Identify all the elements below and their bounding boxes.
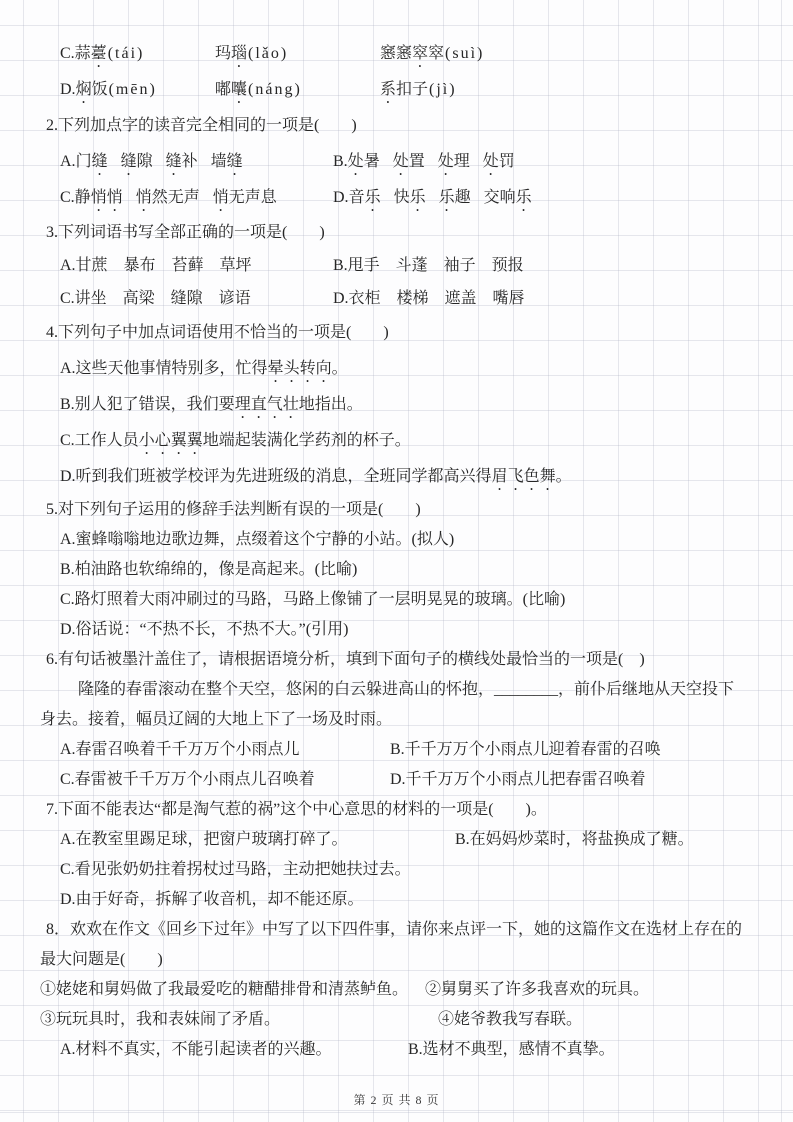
question-6-stem: 6.有句话被墨汁盖住了，请根据语境分析，填到下面句子的横线处最恰当的一项是( ) — [40, 645, 755, 675]
question-7-option-a: A.在教室里踢足球，把窗户玻璃打碎了。 — [60, 825, 348, 855]
question-2-options-ab: A.门缝缝隙缝补墙缝 B.处暑处置处理处罚 — [40, 144, 755, 180]
question-8-option-b: B.选材不典型，感情不真挚。 — [408, 1035, 615, 1065]
question-4-option-a: A.这些天他事情特别多，忙得晕头转向。 — [60, 351, 755, 387]
question-8-item-2: ②舅舅买了许多我喜欢的玩具。 — [425, 975, 649, 1005]
question-1-option-c: C.蒜薹(tái) 玛瑙(lǎo) 窸窸窣窣(suì) — [40, 36, 755, 72]
question-6-option-b: B.千千万万个小雨点儿迎着春雷的召唤 — [390, 735, 661, 765]
question-6-option-a: A.春雷召唤着千千万万个小雨点儿 — [60, 735, 300, 765]
question-4-option-c: C.工作人员小心翼翼地端起装满化学药剂的杯子。 — [60, 423, 755, 459]
question-8-items-34: ③玩玩具时，我和表妹闹了矛盾。 ④姥爷教我写春联。 — [40, 1005, 755, 1035]
question-1-option-d: D.焖饭(mēn) 嘟囔(náng) 系扣子(jì) — [40, 72, 755, 108]
question-6-passage-line-1: 隆隆的春雷滚动在整个天空，悠闲的白云躲进高山的怀抱，________，前仆后继地… — [40, 675, 755, 705]
question-4-stem: 4.下列句子中加点词语使用不恰当的一项是( ) — [40, 315, 755, 351]
question-7-options-ab: A.在教室里踢足球，把窗户玻璃打碎了。 B.在妈妈炒菜时，将盐换成了糖。 — [40, 825, 755, 855]
question-5-option-d: D.俗话说：“不热不长，不热不大。”(引用) — [60, 615, 755, 645]
q1-c-word-3: 窸窸窣窣(suì) — [380, 36, 484, 72]
question-2-option-a: A.门缝缝隙缝补墙缝 — [60, 144, 256, 180]
question-4-option-d: D.听到我们班被学校评为先进班级的消息，全班同学都高兴得眉飞色舞。 — [60, 459, 755, 495]
q1-c-word-2: 玛瑙(lǎo) — [215, 36, 288, 72]
question-5-option-b: B.柏油路也软绵绵的，像是高起来。(比喻) — [60, 555, 755, 585]
question-5-option-a: A.蜜蜂嗡嗡地边歌边舞，点缀着这个宁静的小站。(拟人) — [60, 525, 755, 555]
question-8-stem: 8．欢欢在作文《回乡下过年》中写了以下四件事，请你来点评一下，她的这篇作文在选材… — [40, 915, 755, 975]
question-3-option-d: D.衣柜 楼梯 遮盖 嘴唇 — [333, 282, 525, 315]
question-2-option-b: B.处暑处置处理处罚 — [333, 144, 528, 180]
question-8-item-3: ③玩玩具时，我和表妹闹了矛盾。 — [40, 1005, 280, 1035]
question-5-stem: 5.对下列句子运用的修辞手法判断有误的一项是( ) — [40, 495, 755, 525]
question-7-option-c: C.看见张奶奶拄着拐杖过马路，主动把她扶过去。 — [60, 855, 755, 885]
question-6-options-ab: A.春雷召唤着千千万万个小雨点儿 B.千千万万个小雨点儿迎着春雷的召唤 — [40, 735, 755, 765]
q1-c-word-1: C.蒜薹(tái) — [60, 36, 144, 72]
question-2-option-d: D.音乐快乐乐趣交响乐 — [333, 180, 545, 216]
question-8-option-a: A.材料不真实，不能引起读者的兴趣。 — [60, 1035, 332, 1065]
question-3-options-ab: A.甘蔗 暴布 苔藓 草坪 B.甩手 斗蓬 袖子 预报 — [40, 249, 755, 282]
question-3-stem: 3.下列词语书写全部正确的一项是( ) — [40, 216, 755, 249]
q1-d-word-1: D.焖饭(mēn) — [60, 72, 157, 108]
question-3-options-cd: C.讲坐 高梁 缝隙 谚语 D.衣柜 楼梯 遮盖 嘴唇 — [40, 282, 755, 315]
exam-page: C.蒜薹(tái) 玛瑙(lǎo) 窸窸窣窣(suì) D.焖饭(mēn) 嘟囔… — [0, 0, 793, 1065]
question-7-stem: 7.下面不能表达“都是淘气惹的祸”这个中心意思的材料的一项是( )。 — [40, 795, 755, 825]
question-7-option-d: D.由于好奇，拆解了收音机，却不能还原。 — [60, 885, 755, 915]
q1-d-word-2: 嘟囔(náng) — [215, 72, 302, 108]
page-footer: 第 2 页 共 8 页 — [0, 1091, 793, 1108]
question-2-option-c: C.静悄悄悄然无声悄无声息 — [60, 180, 290, 216]
question-6-passage-line-2: 身去。接着，幅员辽阔的大地上下了一场及时雨。 — [40, 705, 755, 735]
question-6-options-cd: C.春雷被千千万万个小雨点儿召唤着 D.千千万万个小雨点儿把春雷召唤着 — [40, 765, 755, 795]
q1-d-word-3: 系扣子(jì) — [380, 72, 457, 108]
question-3-option-a: A.甘蔗 暴布 苔藓 草坪 — [60, 249, 252, 282]
question-3-option-c: C.讲坐 高梁 缝隙 谚语 — [60, 282, 251, 315]
question-3-option-b: B.甩手 斗蓬 袖子 预报 — [333, 249, 524, 282]
question-6-option-d: D.千千万万个小雨点儿把春雷召唤着 — [390, 765, 646, 795]
question-5-option-c: C.路灯照着大雨冲刷过的马路，马路上像铺了一层明晃晃的玻璃。(比喻) — [60, 585, 755, 615]
question-7-option-b: B.在妈妈炒菜时，将盐换成了糖。 — [455, 825, 694, 855]
question-4-option-b: B.别人犯了错误，我们要理直气壮地指出。 — [60, 387, 755, 423]
question-2-stem: 2.下列加点字的读音完全相同的一项是( ) — [40, 108, 755, 144]
question-8-options-ab: A.材料不真实，不能引起读者的兴趣。 B.选材不典型，感情不真挚。 — [40, 1035, 755, 1065]
question-8-items-12: ①姥姥和舅妈做了我最爱吃的糖醋排骨和清蒸鲈鱼。 ②舅舅买了许多我喜欢的玩具。 — [40, 975, 755, 1005]
question-6-option-c: C.春雷被千千万万个小雨点儿召唤着 — [60, 765, 315, 795]
question-8-item-4: ④姥爷教我写春联。 — [438, 1005, 582, 1035]
question-8-item-1: ①姥姥和舅妈做了我最爱吃的糖醋排骨和清蒸鲈鱼。 — [40, 975, 408, 1005]
question-2-options-cd: C.静悄悄悄然无声悄无声息 D.音乐快乐乐趣交响乐 — [40, 180, 755, 216]
